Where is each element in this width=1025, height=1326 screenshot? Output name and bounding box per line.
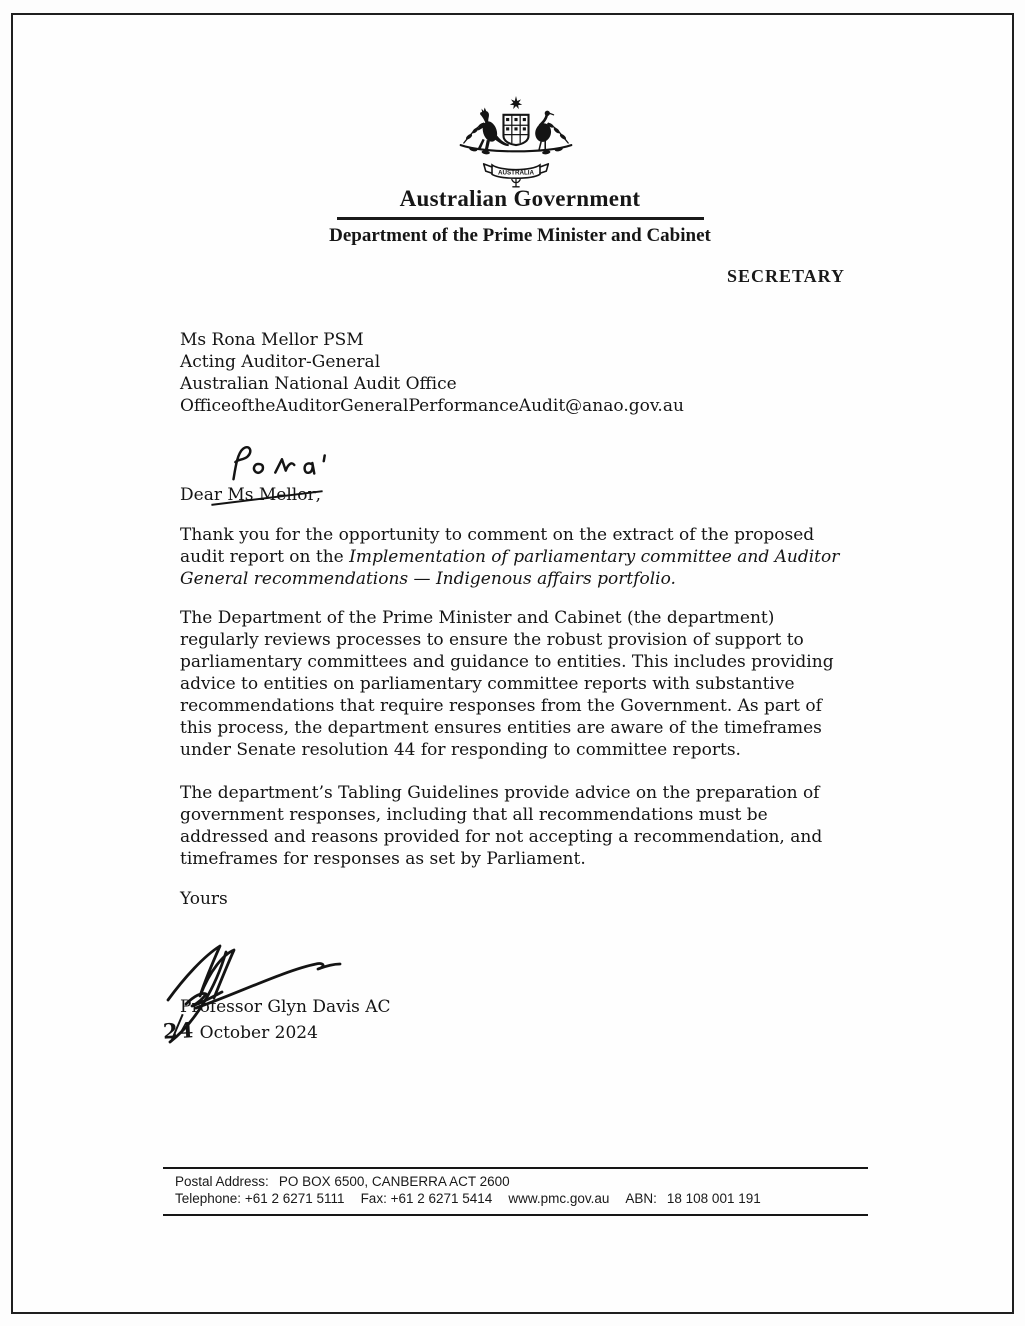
recipient-name: Ms Rona Mellor PSM [180, 329, 684, 351]
handwritten-name-annotation [222, 445, 340, 483]
date-month-year: October 2024 [194, 1023, 318, 1043]
department-title: Department of the Prime Minister and Cab… [15, 225, 1025, 247]
signatory-name: Professor Glyn Davis AC [180, 997, 391, 1017]
australia-banner: AUSTRALIA [484, 164, 549, 187]
emu-figure [533, 111, 553, 151]
footer-contact-line: Telephone: +61 2 6271 5111Fax: +61 2 627… [175, 1191, 868, 1208]
postal-address-value: PO BOX 6500, CANBERRA ACT 2600 [279, 1174, 510, 1189]
recipient-address-block: Ms Rona Mellor PSM Acting Auditor-Genera… [180, 329, 684, 417]
handwritten-date-day: 24 [162, 1017, 194, 1044]
body-paragraph-2: The Department of the Prime Minister and… [180, 607, 854, 761]
salutation-line: Dear Ms Mellor, [180, 485, 321, 505]
recipient-organisation: Australian National Audit Office [180, 373, 684, 395]
fax-value: +61 2 6271 5414 [391, 1191, 493, 1206]
abn-label: ABN: [625, 1191, 657, 1206]
body-paragraph-3: The department’s Tabling Guidelines prov… [180, 782, 854, 870]
crest-banner-text: AUSTRALIA [498, 169, 535, 176]
recipient-email: OfficeoftheAuditorGeneralPerformanceAudi… [180, 395, 684, 417]
telephone-value: +61 2 6271 5111 [245, 1191, 345, 1206]
postal-address-label: Postal Address: [175, 1174, 269, 1189]
website-text: www.pmc.gov.au [508, 1191, 609, 1206]
date-line: 24 October 2024 [163, 1018, 318, 1043]
scanned-letter-page: AUSTRALIA Australian Government Departme… [0, 0, 1025, 1326]
coat-of-arms-icon: AUSTRALIA [450, 95, 582, 191]
letterhead-footer: Postal Address:PO BOX 6500, CANBERRA ACT… [163, 1167, 868, 1216]
abn-value: 18 108 001 191 [667, 1191, 761, 1206]
salutation-suffix: , [316, 485, 321, 505]
fax-label: Fax: [361, 1191, 387, 1206]
shield-icon [503, 115, 528, 145]
recipient-title: Acting Auditor-General [180, 351, 684, 373]
closing-line: Yours [180, 889, 228, 909]
telephone-label: Telephone: [175, 1191, 241, 1206]
footer-postal-line: Postal Address:PO BOX 6500, CANBERRA ACT… [175, 1174, 868, 1191]
office-holder-label: SECRETARY [727, 266, 845, 287]
government-title: Australian Government [15, 186, 1025, 212]
commonwealth-star-icon [510, 96, 522, 109]
body-paragraph-1: Thank you for the opportunity to comment… [180, 524, 854, 590]
struck-out-name: Ms Mellor [227, 485, 315, 505]
letterhead-divider [337, 217, 704, 220]
